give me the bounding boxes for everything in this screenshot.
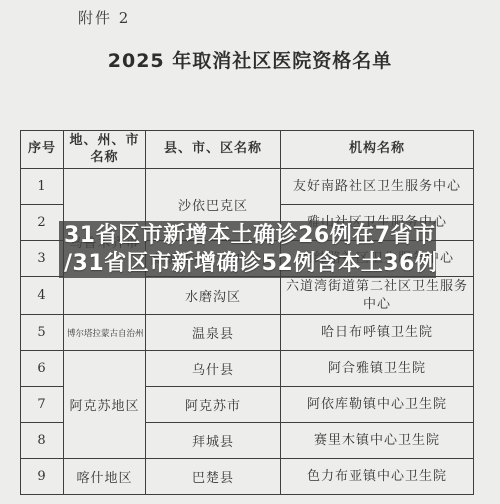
- institution-cell: 六道湾街道第二社区卫生服务中心: [281, 277, 474, 315]
- institution-cell: 阿合雅镇卫生院: [281, 351, 474, 387]
- institution-cell: 色力布亚镇中心卫生院: [281, 459, 474, 495]
- row-number: 4: [21, 277, 64, 315]
- row-number: 2: [21, 205, 64, 241]
- row-number: 9: [21, 459, 64, 495]
- row-number: 1: [21, 169, 64, 205]
- row-number: 7: [21, 387, 64, 423]
- table-row: 5 博尔塔拉蒙古自治州 温泉县 哈日布呼镇卫生院: [21, 315, 474, 351]
- table-row: 1 乌鲁木齐市 沙依巴克区 友好南路社区卫生服务中心: [21, 169, 474, 205]
- prefecture-cell: 阿克苏地区: [64, 351, 146, 459]
- attachment-label: 附件 2: [78, 7, 130, 28]
- institution-cell: 赛里木镇中心卫生院: [281, 423, 474, 459]
- county-cell: 巴楚县: [146, 459, 281, 495]
- news-caption-overlay: 31省区市新增本土确诊26例在7省市 /31省区市新增确诊52例含本土36例: [59, 221, 436, 278]
- prefecture-cell: 博尔塔拉蒙古自治州: [64, 315, 146, 351]
- table-row: 6 阿克苏地区 乌什县 阿合雅镇卫生院: [21, 351, 474, 387]
- table-header-row: 序号 地、州、市 名称 县、市、区名称 机构名称: [21, 131, 474, 169]
- column-header-no: 序号: [21, 131, 64, 169]
- institution-cell: 友好南路社区卫生服务中心: [281, 169, 474, 205]
- row-number: 8: [21, 423, 64, 459]
- hospital-roster-table: 序号 地、州、市 名称 县、市、区名称 机构名称 1 乌鲁木齐市 沙依巴克区 友…: [20, 130, 474, 495]
- county-cell: 拜城县: [146, 423, 281, 459]
- row-number: 3: [21, 241, 64, 277]
- row-number: 6: [21, 351, 64, 387]
- caption-line-1: 31省区市新增本土确诊26例在7省市: [64, 222, 436, 250]
- row-number: 5: [21, 315, 64, 351]
- prefecture-cell: 喀什地区: [64, 459, 146, 495]
- table-row: 9 喀什地区 巴楚县 色力布亚镇中心卫生院: [21, 459, 474, 495]
- column-header-county: 县、市、区名称: [146, 131, 281, 169]
- column-header-institution: 机构名称: [281, 131, 474, 169]
- county-cell: 水磨沟区: [146, 277, 281, 315]
- institution-cell: 哈日布呼镇卫生院: [281, 315, 474, 351]
- column-header-prefecture: 地、州、市 名称: [64, 131, 146, 169]
- county-cell: 乌什县: [146, 351, 281, 387]
- county-cell: 温泉县: [146, 315, 281, 351]
- institution-cell: 阿依库勒镇中心卫生院: [281, 387, 474, 423]
- page-title: 2025 年取消社区医院资格名单: [0, 46, 500, 73]
- document-page: 附件 2 2025 年取消社区医院资格名单 序号 地、州、市 名称 县、市、区名…: [0, 0, 500, 504]
- county-cell: 阿克苏市: [146, 387, 281, 423]
- caption-line-2: /31省区市新增确诊52例含本土36例: [64, 250, 436, 278]
